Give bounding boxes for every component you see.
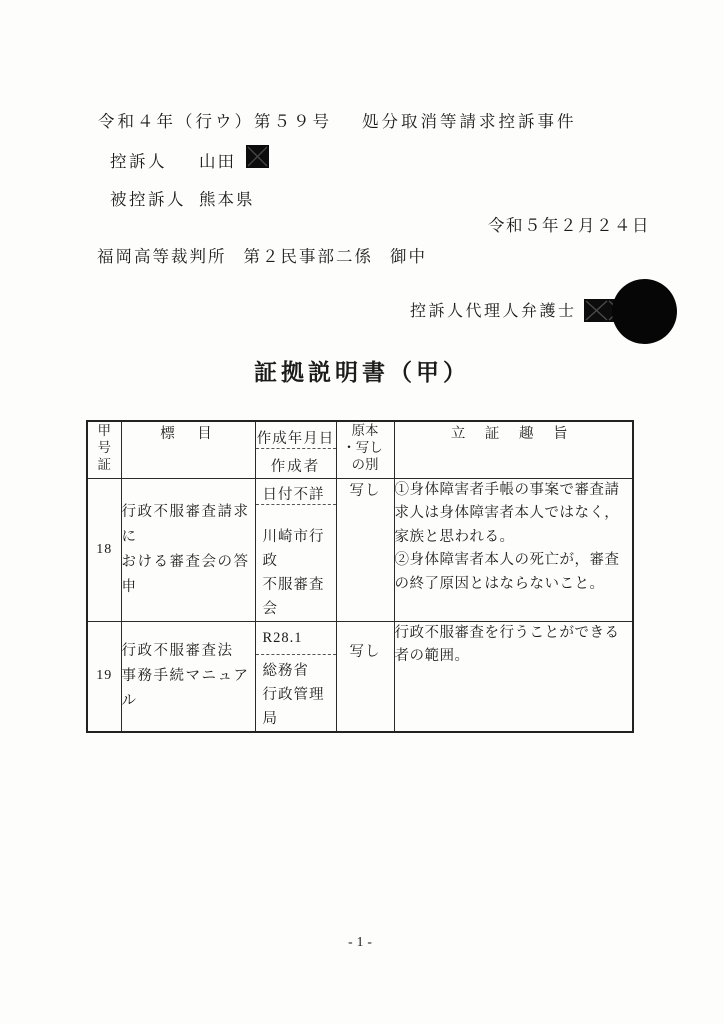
purpose-of-proof: ①身体障害者手帳の事案で審査請求人は身体障害者本人ではなく，家族と思われる。 ②… [394, 478, 633, 621]
document-date: 令和５年２月２４日 [488, 212, 650, 236]
original-or-copy: 写し [336, 621, 394, 732]
evidence-table: 甲 号 証 標 目 作成年月日 作成者 原本 ・写し の別 立 証 趣 旨 18… [86, 420, 634, 733]
attorney-seal-redaction [612, 279, 677, 344]
exhibit-no-header-char: 号 [88, 439, 121, 456]
date-author-cell: R28.1 総務省 行政管理局 [255, 621, 336, 732]
court-name: 福岡高等裁判所 [97, 243, 227, 267]
court-address-line: 福岡高等裁判所 第２民事部二係 御中 [97, 243, 427, 267]
exhibit-no: 19 [87, 621, 121, 732]
original-copy-header-line: の別 [337, 456, 394, 473]
table-header-row: 甲 号 証 標 目 作成年月日 作成者 原本 ・写し の別 立 証 趣 旨 [87, 421, 633, 478]
exhibit-no-header-char: 甲 [88, 422, 121, 439]
evidence-title-line: 行政不服審査請求に [122, 500, 255, 550]
original-copy-header-line: 原本 [337, 422, 394, 439]
original-copy-header-line: ・写し [332, 439, 394, 456]
appellant-name: 山田 [199, 148, 236, 172]
exhibit-no: 18 [87, 478, 121, 621]
document-title: 証拠説明書（甲） [0, 354, 724, 387]
caption-spacer [332, 108, 362, 132]
evidence-title: 行政不服審査法 事務手続マニュアル [121, 621, 255, 732]
evidence-title-line: 事務手続マニュアル [122, 664, 255, 714]
case-number: 令和４年（行ウ）第５９号 [98, 108, 332, 132]
author-line: 総務省 [263, 659, 336, 683]
author: 総務省 行政管理局 [256, 655, 336, 731]
col-header-exhibit-no: 甲 号 証 [87, 421, 121, 478]
purpose-item: ①身体障害者手帳の事案で審査請求人は身体障害者本人ではなく，家族と思われる。 [395, 479, 633, 550]
appellant-label: 控訴人 [110, 148, 167, 172]
col-header-original-copy: 原本 ・写し の別 [336, 421, 394, 478]
creation-date: R28.1 [256, 622, 336, 655]
purpose-of-proof: 行政不服審査を行うことができる者の範囲。 [394, 621, 633, 732]
table-row: 18 行政不服審査請求に おける審査会の答申 日付不詳 川崎市行政 不服審査会 … [87, 478, 633, 621]
table-row: 19 行政不服審査法 事務手続マニュアル R28.1 総務省 行政管理局 写し … [87, 621, 633, 732]
author-line: 不服審査会 [263, 573, 336, 621]
original-or-copy: 写し [336, 478, 394, 621]
appellee-label: 被控訴人 [110, 186, 186, 210]
author-header: 作成者 [256, 449, 336, 476]
evidence-title-line: 行政不服審査法 [122, 639, 255, 664]
attorney-label: 控訴人代理人弁護士 [410, 298, 577, 321]
col-header-title: 標 目 [121, 421, 255, 478]
court-document-page: 令和４年（行ウ）第５９号 処分取消等請求控訴事件 控訴人 山田 被控訴人 熊本県… [0, 0, 724, 1024]
appellee-name: 熊本県 [199, 186, 255, 210]
author: 川崎市行政 不服審査会 [256, 505, 336, 621]
case-title: 処分取消等請求控訴事件 [362, 108, 577, 132]
purpose-item: ②身体障害者本人の死亡が，審査の終了原因とはならないこと。 [395, 549, 633, 596]
redaction-crosshatch-icon [246, 145, 269, 168]
exhibit-no-header-char: 証 [88, 456, 121, 473]
evidence-title-line: おける審査会の答申 [122, 550, 255, 600]
col-header-purpose: 立 証 趣 旨 [394, 421, 633, 478]
date-author-cell: 日付不詳 川崎市行政 不服審査会 [255, 478, 336, 621]
date-header: 作成年月日 [256, 422, 336, 449]
case-caption-line: 令和４年（行ウ）第５９号 処分取消等請求控訴事件 [98, 108, 577, 132]
appellant-name-redaction [246, 145, 269, 168]
page-number: -1- [0, 934, 724, 950]
evidence-title: 行政不服審査請求に おける審査会の答申 [121, 478, 255, 621]
author-line: 行政管理局 [263, 683, 336, 731]
creation-date: 日付不詳 [256, 479, 336, 505]
purpose-item: 行政不服審査を行うことができる者の範囲。 [395, 622, 633, 669]
court-honorific: 御中 [390, 243, 427, 267]
col-header-date-author: 作成年月日 作成者 [255, 421, 336, 478]
author-line: 川崎市行政 [263, 525, 336, 573]
court-division: 第２民事部二係 [244, 243, 374, 267]
